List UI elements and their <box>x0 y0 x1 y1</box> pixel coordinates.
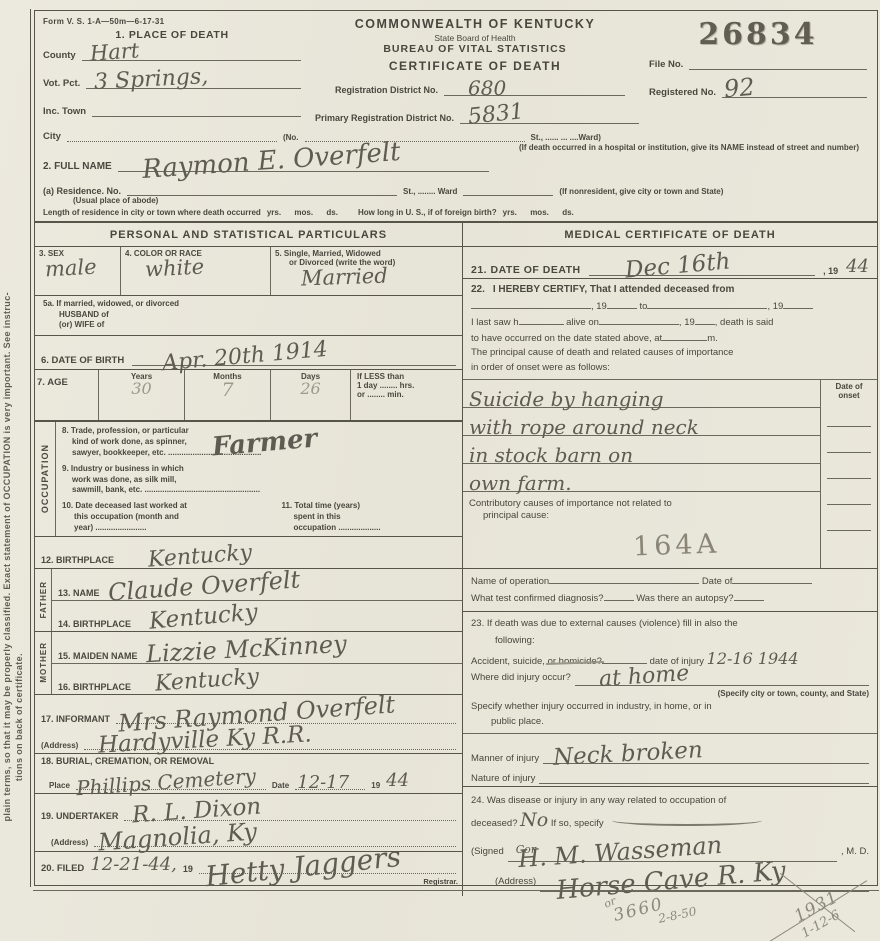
lastsaw-1: I last saw h <box>471 317 519 328</box>
lastsaw-6: m. <box>707 333 718 344</box>
item10-line2: this occupation (month and <box>74 512 271 523</box>
residence-ward-field <box>463 182 553 196</box>
header-right: 26834 File No. Registered No. 92 <box>649 17 867 124</box>
lastsaw-3: , 19 <box>679 317 695 328</box>
manner-nature-block: Manner of injury Neck broken Nature of i… <box>463 734 877 787</box>
item11-line3: occupation ................... <box>293 523 456 534</box>
cause-value-3: in stock barn on <box>469 445 633 465</box>
dob-field: Apr. 20th 1914 <box>132 352 456 366</box>
city-no-label: (No. <box>283 133 299 142</box>
father-bp-label: 14. BIRTHPLACE <box>58 619 131 629</box>
age-years-cell: Years 30 <box>99 370 185 420</box>
nature-label: Nature of injury <box>471 773 535 784</box>
city-street-field <box>305 128 525 142</box>
father-name-row: 13. NAME Claude Overfelt <box>52 569 462 600</box>
filed-year-prefix: 19 <box>183 864 193 874</box>
city-label: City <box>43 131 61 142</box>
specify-whether-1: Specify whether injury occurred in indus… <box>471 700 869 715</box>
manner-field: Neck broken <box>543 750 869 764</box>
external-causes-block: 23. If death was due to external causes … <box>463 612 877 734</box>
occupation-relation-block: 24. Was disease or injury in any way rel… <box>463 787 877 896</box>
city-name-block: City (No. St., ...... ... ....Ward) (If … <box>35 126 877 221</box>
married-note-3: (or) WIFE of <box>59 320 454 330</box>
undertaker-address-value: Magnolia, Ky <box>98 819 258 854</box>
deceased-label: deceased? <box>471 818 517 829</box>
personal-column: PERSONAL AND STATISTICAL PARTICULARS 3. … <box>35 223 463 895</box>
dod-value: Dec 16th <box>624 251 731 283</box>
birthplace-field: Kentucky <box>122 552 456 565</box>
certificate-form: Form V. S. 1-A—50m—6-17-31 1. PLACE OF D… <box>34 10 878 886</box>
contributory-1: Contributory causes of importance not re… <box>469 498 814 510</box>
homicide-label: or homicide? <box>548 656 602 667</box>
lastsaw-year-field <box>695 314 715 325</box>
cause-line-2: with rope around neck <box>463 408 820 436</box>
onset-label-1: Date of <box>821 382 877 392</box>
ifso-label: If so, specify <box>551 818 604 829</box>
informant-block: 17. INFORMANT Mrs Raymond Overfelt (Addr… <box>35 695 462 754</box>
less-line-2: 1 day ........ hrs. <box>357 381 460 390</box>
dod-label: 21. DATE OF DEATH <box>471 264 581 276</box>
father-bp-value: Kentucky <box>148 601 258 633</box>
deceased-value: No <box>520 809 548 831</box>
informant-label: 17. INFORMANT <box>41 714 110 724</box>
residence-label: (a) Residence. No. <box>43 186 121 196</box>
item9-line3: sawmill, bank, etc. ....................… <box>72 485 456 496</box>
informant-address-field: Hardyville Ky R.R. <box>84 736 456 750</box>
lastsaw-date-field <box>599 314 679 325</box>
abode-note: (Usual place of abode) <box>73 196 867 205</box>
date-of-onset-column: Date of onset <box>820 380 877 568</box>
undertaker-field: R. L. Dixon <box>124 807 456 821</box>
race-cell: 4. COLOR OR RACE white <box>121 247 271 295</box>
mother-body: 15. MAIDEN NAME Lizzie McKinney 16. BIRT… <box>52 632 462 694</box>
date-of-injury-value: 12-16 1944 <box>707 649 799 668</box>
file-no-label: File No. <box>649 59 683 70</box>
registrar-field: Hetty Jaggers <box>199 860 456 874</box>
commonwealth-title: COMMONWEALTH OF KENTUCKY <box>301 17 649 33</box>
informant-address-label: (Address) <box>41 741 78 750</box>
item24-line1: 24. Was disease or injury in any way rel… <box>471 791 869 811</box>
cause-line-3: in stock barn on <box>463 436 820 464</box>
signature-suffix: Cor <box>516 844 833 855</box>
city-stward-label: St., ...... ... ....Ward) <box>531 133 601 142</box>
residence-stward-label: St., ........ Ward <box>403 187 457 196</box>
age-days-cell: Days 26 <box>271 370 351 420</box>
cause-line-4: own farm. <box>463 464 820 492</box>
signed-label: (Signed <box>471 842 504 862</box>
father-block: FATHER 13. NAME Claude Overfelt 14. BIRT… <box>35 569 462 632</box>
mother-block: MOTHER 15. MAIDEN NAME Lizzie McKinney 1… <box>35 632 462 695</box>
county-field: Hart <box>82 47 301 61</box>
occupation-body: 8. Trade, profession, or particular kind… <box>56 422 462 535</box>
city-field <box>67 128 277 142</box>
operation-block: Name of operation Date of What test conf… <box>463 569 877 612</box>
item23-line1: 23. If death was due to external causes … <box>471 617 869 632</box>
operation-label: Name of operation <box>471 576 549 587</box>
years-value: 30 <box>101 381 182 397</box>
foreign-birth-label: How long in U. S., if of foreign birth? <box>358 208 497 217</box>
father-side-label: FATHER <box>39 581 48 618</box>
main-columns: PERSONAL AND STATISTICAL PARTICULARS 3. … <box>35 221 877 895</box>
father-name-label: 13. NAME <box>58 588 100 598</box>
primary-registration-value: 5831 <box>467 102 525 130</box>
voting-precinct-label: Vot. Pct. <box>43 78 80 89</box>
onset-rule <box>827 453 871 479</box>
filed-value: 12-21-44, <box>90 856 177 874</box>
form-header: Form V. S. 1-A—50m—6-17-31 1. PLACE OF D… <box>35 11 877 126</box>
accident-field <box>602 653 647 664</box>
county-label: County <box>43 50 76 61</box>
less-than-day-cell: If LESS than 1 day ........ hrs. or ....… <box>351 370 462 420</box>
marital-label-1: 5. Single, Married, Widowed <box>275 249 458 258</box>
lastsaw-5: to have occurred on the date stated abov… <box>471 333 662 344</box>
md-label: , M. D. <box>841 842 869 862</box>
certify-to-field <box>647 298 767 309</box>
burial-block: 18. BURIAL, CREMATION, OR REMOVAL Place … <box>35 754 462 794</box>
nature-field <box>539 770 869 784</box>
certify-text: I HEREBY CERTIFY, That I attended deceas… <box>493 284 735 295</box>
occupation-item9: 9. Industry or business in which work wa… <box>62 464 456 496</box>
medical-column: MEDICAL CERTIFICATE OF DEATH 21. DATE OF… <box>463 223 877 895</box>
voting-precinct-value: 3 Springs, <box>94 66 209 94</box>
margin-instruction-line2: tions on back of certificate. <box>14 653 24 781</box>
days-value: 26 <box>273 381 348 397</box>
lastsaw-him-field <box>519 314 564 325</box>
margin-instruction-line1: plain terms, so that it may be properly … <box>2 292 12 822</box>
certify-number: 22. <box>471 284 485 295</box>
dod-year-prefix: , 19 <box>823 266 838 276</box>
cause-lines: Suicide by hanging with rope around neck… <box>463 380 820 568</box>
mother-bp-label: 16. BIRTHPLACE <box>58 682 131 692</box>
autopsy-label: Was there an autopsy? <box>636 593 733 604</box>
mother-name-value: Lizzie McKinney <box>145 631 347 665</box>
physician-address-field: Horse Cave R. Ky <box>540 878 869 892</box>
onset-rule <box>827 505 871 531</box>
date-of-death-row: 21. DATE OF DEATH Dec 16th , 1944 <box>463 247 877 279</box>
length-units-1: yrs. mos. ds. <box>267 208 338 217</box>
less-line-1: If LESS than <box>357 372 460 381</box>
header-center: COMMONWEALTH OF KENTUCKY State Board of … <box>301 17 649 124</box>
occupation-side: OCCUPATION <box>35 422 56 535</box>
birthplace-row: 12. BIRTHPLACE Kentucky <box>35 537 462 569</box>
certify-to-label: to <box>640 301 648 312</box>
married-note-2: HUSBAND of <box>59 310 454 320</box>
certify-block: 22. I HEREBY CERTIFY, That I attended de… <box>463 279 877 380</box>
registration-district-label: Registration District No. <box>335 85 438 96</box>
certificate-title: CERTIFICATE OF DEATH <box>301 59 649 74</box>
nonresident-note: (If nonresident, give city or town and S… <box>559 187 723 196</box>
marital-value: Married <box>301 266 388 290</box>
personal-title: PERSONAL AND STATISTICAL PARTICULARS <box>35 223 462 247</box>
birthplace-value: Kentucky <box>147 542 252 571</box>
death-certificate-scan: plain terms, so that it may be properly … <box>0 0 880 941</box>
burial-date-label: Date <box>272 781 289 790</box>
certify-19a: , 19 <box>591 301 607 312</box>
married-note-1: 5a. If married, widowed, or divorced <box>43 299 454 309</box>
age-row: 7. AGE Years 30 Months 7 Days 26 If LES <box>35 370 462 422</box>
occupation-item8: 8. Trade, profession, or particular kind… <box>62 426 456 458</box>
where-injury-field: at home <box>575 672 869 686</box>
primary-registration-label: Primary Registration District No. <box>315 113 454 124</box>
cause-value-4: own farm. <box>469 473 572 493</box>
file-no-field <box>689 56 867 70</box>
operation-date-field <box>732 573 812 584</box>
sex-value: male <box>44 257 97 281</box>
inc-town-label: Inc. Town <box>43 106 86 117</box>
less-line-3: or ........ min. <box>357 390 460 399</box>
mother-side: MOTHER <box>35 632 52 694</box>
sex-race-marital-row: 3. SEX male 4. COLOR OR RACE white 5. Si… <box>35 247 462 296</box>
time-of-death-field <box>662 330 707 341</box>
mother-side-label: MOTHER <box>39 642 48 683</box>
full-name-field: Raymon E. Overfelt <box>118 158 490 172</box>
test-field <box>604 590 634 601</box>
principal-1: The principal cause of death and related… <box>471 346 869 360</box>
dob-row: 6. DATE OF BIRTH Apr. 20th 1914 <box>35 336 462 370</box>
registrar-label: Registrar. <box>423 877 458 886</box>
registration-district-field: 680 <box>444 82 625 96</box>
father-body: 13. NAME Claude Overfelt 14. BIRTHPLACE … <box>52 569 462 631</box>
hospital-note: (If death occurred in a hospital or inst… <box>43 143 859 152</box>
item9-line1: 9. Industry or business in which <box>62 464 456 475</box>
accident-label: Accident, suicide, <box>471 656 548 667</box>
lastsaw-4: , death is said <box>715 317 774 328</box>
item23-line2: following: <box>495 634 869 649</box>
burial-date-value: 12-17 <box>297 774 349 792</box>
place-of-death-title: 1. PLACE OF DEATH <box>43 29 301 41</box>
onset-label-2: onset <box>821 391 877 401</box>
physician-address-label: (Address) <box>495 872 536 892</box>
test-label: What test confirmed diagnosis? <box>471 593 604 604</box>
marital-cell: 5. Single, Married, Widowed or Divorced … <box>271 247 462 295</box>
dob-label: 6. DATE OF BIRTH <box>41 355 124 366</box>
occupation-item10-11: 10. Date deceased last worked at this oc… <box>62 501 456 533</box>
specify-whether-2: public place. <box>491 715 869 730</box>
sex-cell: 3. SEX male <box>35 247 121 295</box>
occupation-side-label: OCCUPATION <box>40 444 50 513</box>
signed-field: H. M. WassemanCor <box>508 848 837 862</box>
inc-town-field <box>92 103 301 117</box>
age-months-cell: Months 7 <box>185 370 271 420</box>
occupation-block: OCCUPATION 8. Trade, profession, or part… <box>35 422 462 536</box>
certify-from-field <box>471 298 591 309</box>
registered-no-value: 92 <box>723 75 756 102</box>
manner-label: Manner of injury <box>471 753 539 764</box>
cause-line-1: Suicide by hanging <box>463 380 820 408</box>
item9-line2: work was done, as silk mill, <box>72 475 456 486</box>
specify-city-note: (Specify city or town, county, and State… <box>471 688 869 700</box>
burial-date-field: 12-17 <box>295 776 365 790</box>
ifso-field <box>612 815 762 826</box>
where-injury-value: at home <box>598 663 690 691</box>
where-injury-label: Where did injury occur? <box>471 671 571 686</box>
voting-precinct-field: 3 Springs, <box>86 75 301 89</box>
certify-year1-field <box>607 298 637 309</box>
mother-name-row: 15. MAIDEN NAME Lizzie McKinney <box>52 632 462 663</box>
item10-line3: year) ....................... <box>74 523 271 534</box>
occupation-item10: 10. Date deceased last worked at this oc… <box>62 501 271 533</box>
item11-line2: spent in this <box>293 512 456 523</box>
burial-year-prefix: 19 <box>371 781 380 790</box>
registered-no-label: Registered No. <box>649 87 716 98</box>
filed-label: 20. FILED <box>41 863 84 874</box>
icd-code-stamp: 164A <box>632 526 720 564</box>
mother-birthplace-row: 16. BIRTHPLACE Kentucky <box>52 663 462 694</box>
father-side: FATHER <box>35 569 52 631</box>
filed-block: 20. FILED 12-21-44, 19 Hetty Jaggers Reg… <box>35 852 462 884</box>
occupation-item11: 11. Total time (years) spent in this occ… <box>281 501 456 533</box>
cause-value-1: Suicide by hanging <box>469 389 664 409</box>
principal-2: in order of onset were as follows: <box>471 361 869 375</box>
registered-no-field: 92 <box>722 84 867 98</box>
onset-rule <box>827 401 871 427</box>
length-units-2: yrs. mos. ds. <box>503 208 574 217</box>
date-of-label: Date of <box>702 576 733 587</box>
lastsaw-2: alive on <box>566 317 599 328</box>
race-value: white <box>144 257 204 281</box>
informant-field: Mrs Raymond Overfelt <box>116 710 456 724</box>
birthplace-label: 12. BIRTHPLACE <box>41 555 114 565</box>
months-value: 7 <box>187 381 268 400</box>
operation-field <box>549 573 699 584</box>
burial-place-label: Place <box>49 781 70 790</box>
undertaker-address-field: Magnolia, Ky <box>94 833 456 847</box>
item10-line1: 10. Date deceased last worked at <box>62 501 271 512</box>
married-to-block: 5a. If married, widowed, or divorced HUS… <box>35 296 462 336</box>
bureau-subtitle: BUREAU OF VITAL STATISTICS <box>301 43 649 56</box>
county-value: Hart <box>89 40 140 64</box>
medical-title: MEDICAL CERTIFICATE OF DEATH <box>463 223 877 247</box>
age-label: 7. AGE <box>37 377 68 388</box>
item11-line1: 11. Total time (years) <box>281 501 456 512</box>
mother-bp-value: Kentucky <box>154 666 259 695</box>
cause-of-death-block: Suicide by hanging with rope around neck… <box>463 380 877 569</box>
contributory-block: Contributory causes of importance not re… <box>463 492 820 568</box>
mother-name-label: 15. MAIDEN NAME <box>58 651 138 661</box>
residence-no-field <box>127 182 397 196</box>
length-residence-label: Length of residence in city or town wher… <box>43 208 261 217</box>
burial-year-value: 44 <box>386 772 409 790</box>
certify-year2-field <box>783 298 813 309</box>
autopsy-field <box>734 590 764 601</box>
certificate-number-stamp: 26834 <box>649 17 867 52</box>
onset-rule <box>827 479 871 505</box>
primary-registration-field: 5831 <box>460 110 639 124</box>
onset-rule <box>827 427 871 453</box>
undertaker-address-label: (Address) <box>51 838 88 847</box>
dod-year-value: 44 <box>846 258 869 276</box>
cause-value-2: with rope around neck <box>469 417 699 437</box>
full-name-label: 2. FULL NAME <box>43 161 112 172</box>
age-cell: 7. AGE <box>35 370 99 420</box>
registration-district-value: 680 <box>468 78 506 98</box>
header-left: Form V. S. 1-A—50m—6-17-31 1. PLACE OF D… <box>43 17 301 124</box>
undertaker-label: 19. UNDERTAKER <box>41 811 118 821</box>
dod-field: Dec 16th <box>589 262 815 276</box>
form-number: Form V. S. 1-A—50m—6-17-31 <box>43 17 301 26</box>
contributory-2: principal cause: <box>483 510 814 522</box>
burial-place-field: Phillips Cemetery <box>76 776 266 790</box>
certify-19b: , 19 <box>767 301 783 312</box>
state-board-subtitle: State Board of Health <box>301 33 649 44</box>
